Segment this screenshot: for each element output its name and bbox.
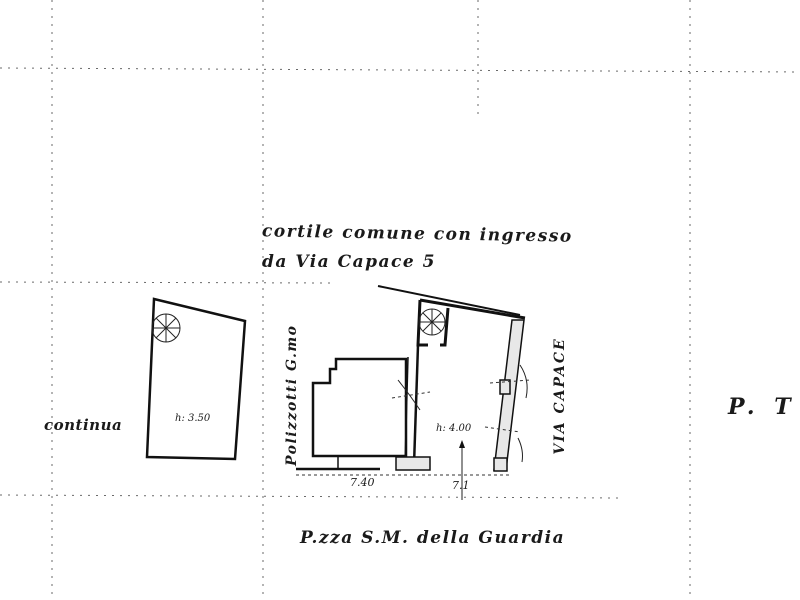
main-height-label: h: 4.00 xyxy=(436,423,471,434)
square-south-label: P.zza S.M. della Guardia xyxy=(300,528,565,548)
annex-height-label: h: 3.50 xyxy=(175,413,210,424)
annex-room xyxy=(147,299,245,459)
courtyard-label-line2: da Via Capace 5 xyxy=(262,252,436,272)
street-east-label: VIA CAPACE xyxy=(552,336,568,456)
continues-label: continua xyxy=(44,416,122,434)
dimension-left-label: 7.40 xyxy=(350,476,375,489)
floor-plan-drawing xyxy=(0,0,800,600)
door-arc-icon xyxy=(392,380,430,410)
main-unit xyxy=(296,286,530,500)
spiral-staircase-icon xyxy=(152,314,180,342)
sheet-label: P. T xyxy=(728,394,797,420)
spiral-staircase-icon xyxy=(419,309,445,335)
reference-grid xyxy=(0,0,800,600)
neighbor-west-label: Polizzotti G.mo xyxy=(284,326,300,466)
dimension-right-label: 7.1 xyxy=(452,479,470,492)
